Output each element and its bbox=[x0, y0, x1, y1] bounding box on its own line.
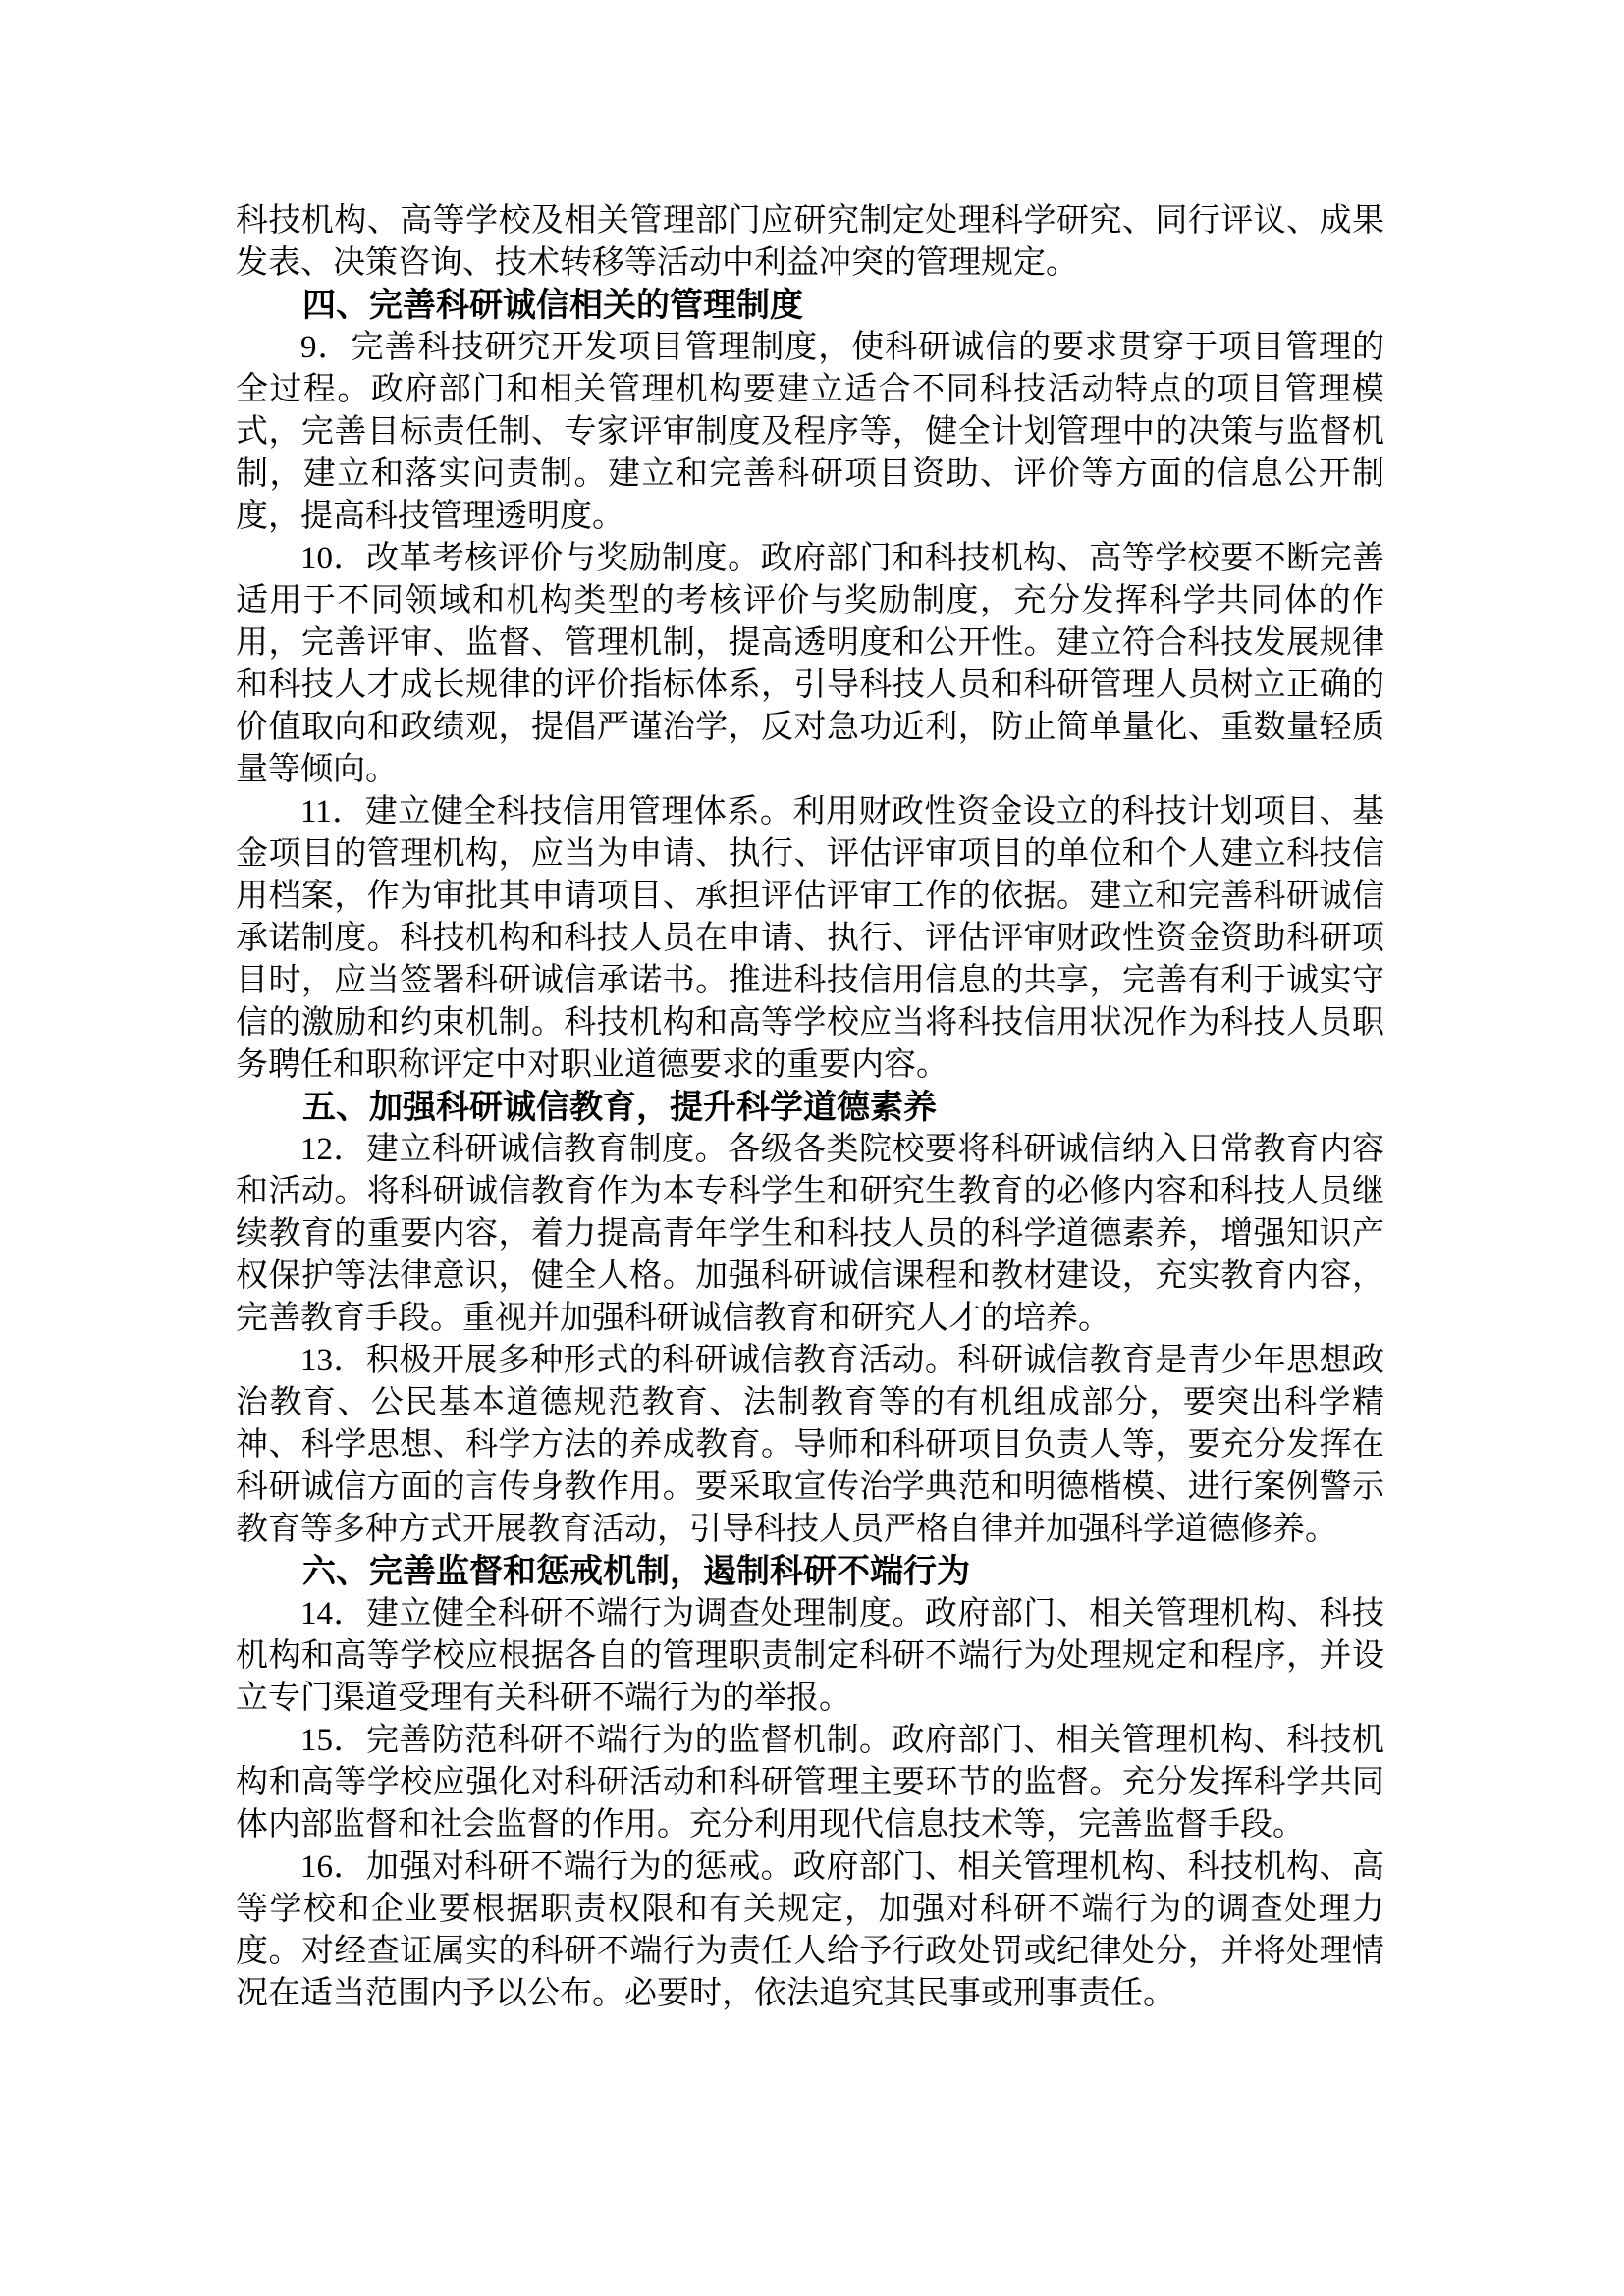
section-heading: 六、完善监督和惩戒机制，遏制科研不端行为 bbox=[236, 1551, 1384, 1593]
body-paragraph: 16．加强对科研不端行为的惩戒。政府部门、相关管理机构、科技机构、高等学校和企业… bbox=[236, 1846, 1384, 2015]
document-page: 科技机构、高等学校及相关管理部门应研究制定处理科学研究、同行评议、成果发表、决策… bbox=[0, 0, 1624, 2296]
body-paragraph: 科技机构、高等学校及相关管理部门应研究制定处理科学研究、同行评议、成果发表、决策… bbox=[236, 200, 1384, 285]
body-paragraph: 14．建立健全科研不端行为调查处理制度。政府部门、相关管理机构、科技机构和高等学… bbox=[236, 1593, 1384, 1720]
body-paragraph: 11．建立健全科技信用管理体系。利用财政性资金设立的科技计划项目、基金项目的管理… bbox=[236, 791, 1384, 1087]
section-heading: 四、完善科研诚信相关的管理制度 bbox=[236, 285, 1384, 327]
document-body: 科技机构、高等学校及相关管理部门应研究制定处理科学研究、同行评议、成果发表、决策… bbox=[236, 200, 1384, 2015]
body-paragraph: 15．完善防范科研不端行为的监督机制。政府部门、相关管理机构、科技机构和高等学校… bbox=[236, 1720, 1384, 1846]
body-paragraph: 9．完善科技研究开发项目管理制度，使科研诚信的要求贯穿于项目管理的全过程。政府部… bbox=[236, 327, 1384, 538]
body-paragraph: 13．积极开展多种形式的科研诚信教育活动。科研诚信教育是青少年思想政治教育、公民… bbox=[236, 1340, 1384, 1551]
body-paragraph: 12．建立科研诚信教育制度。各级各类院校要将科研诚信纳入日常教育内容和活动。将科… bbox=[236, 1129, 1384, 1340]
body-paragraph: 10．改革考核评价与奖励制度。政府部门和科技机构、高等学校要不断完善适用于不同领… bbox=[236, 538, 1384, 791]
section-heading: 五、加强科研诚信教育，提升科学道德素养 bbox=[236, 1087, 1384, 1129]
